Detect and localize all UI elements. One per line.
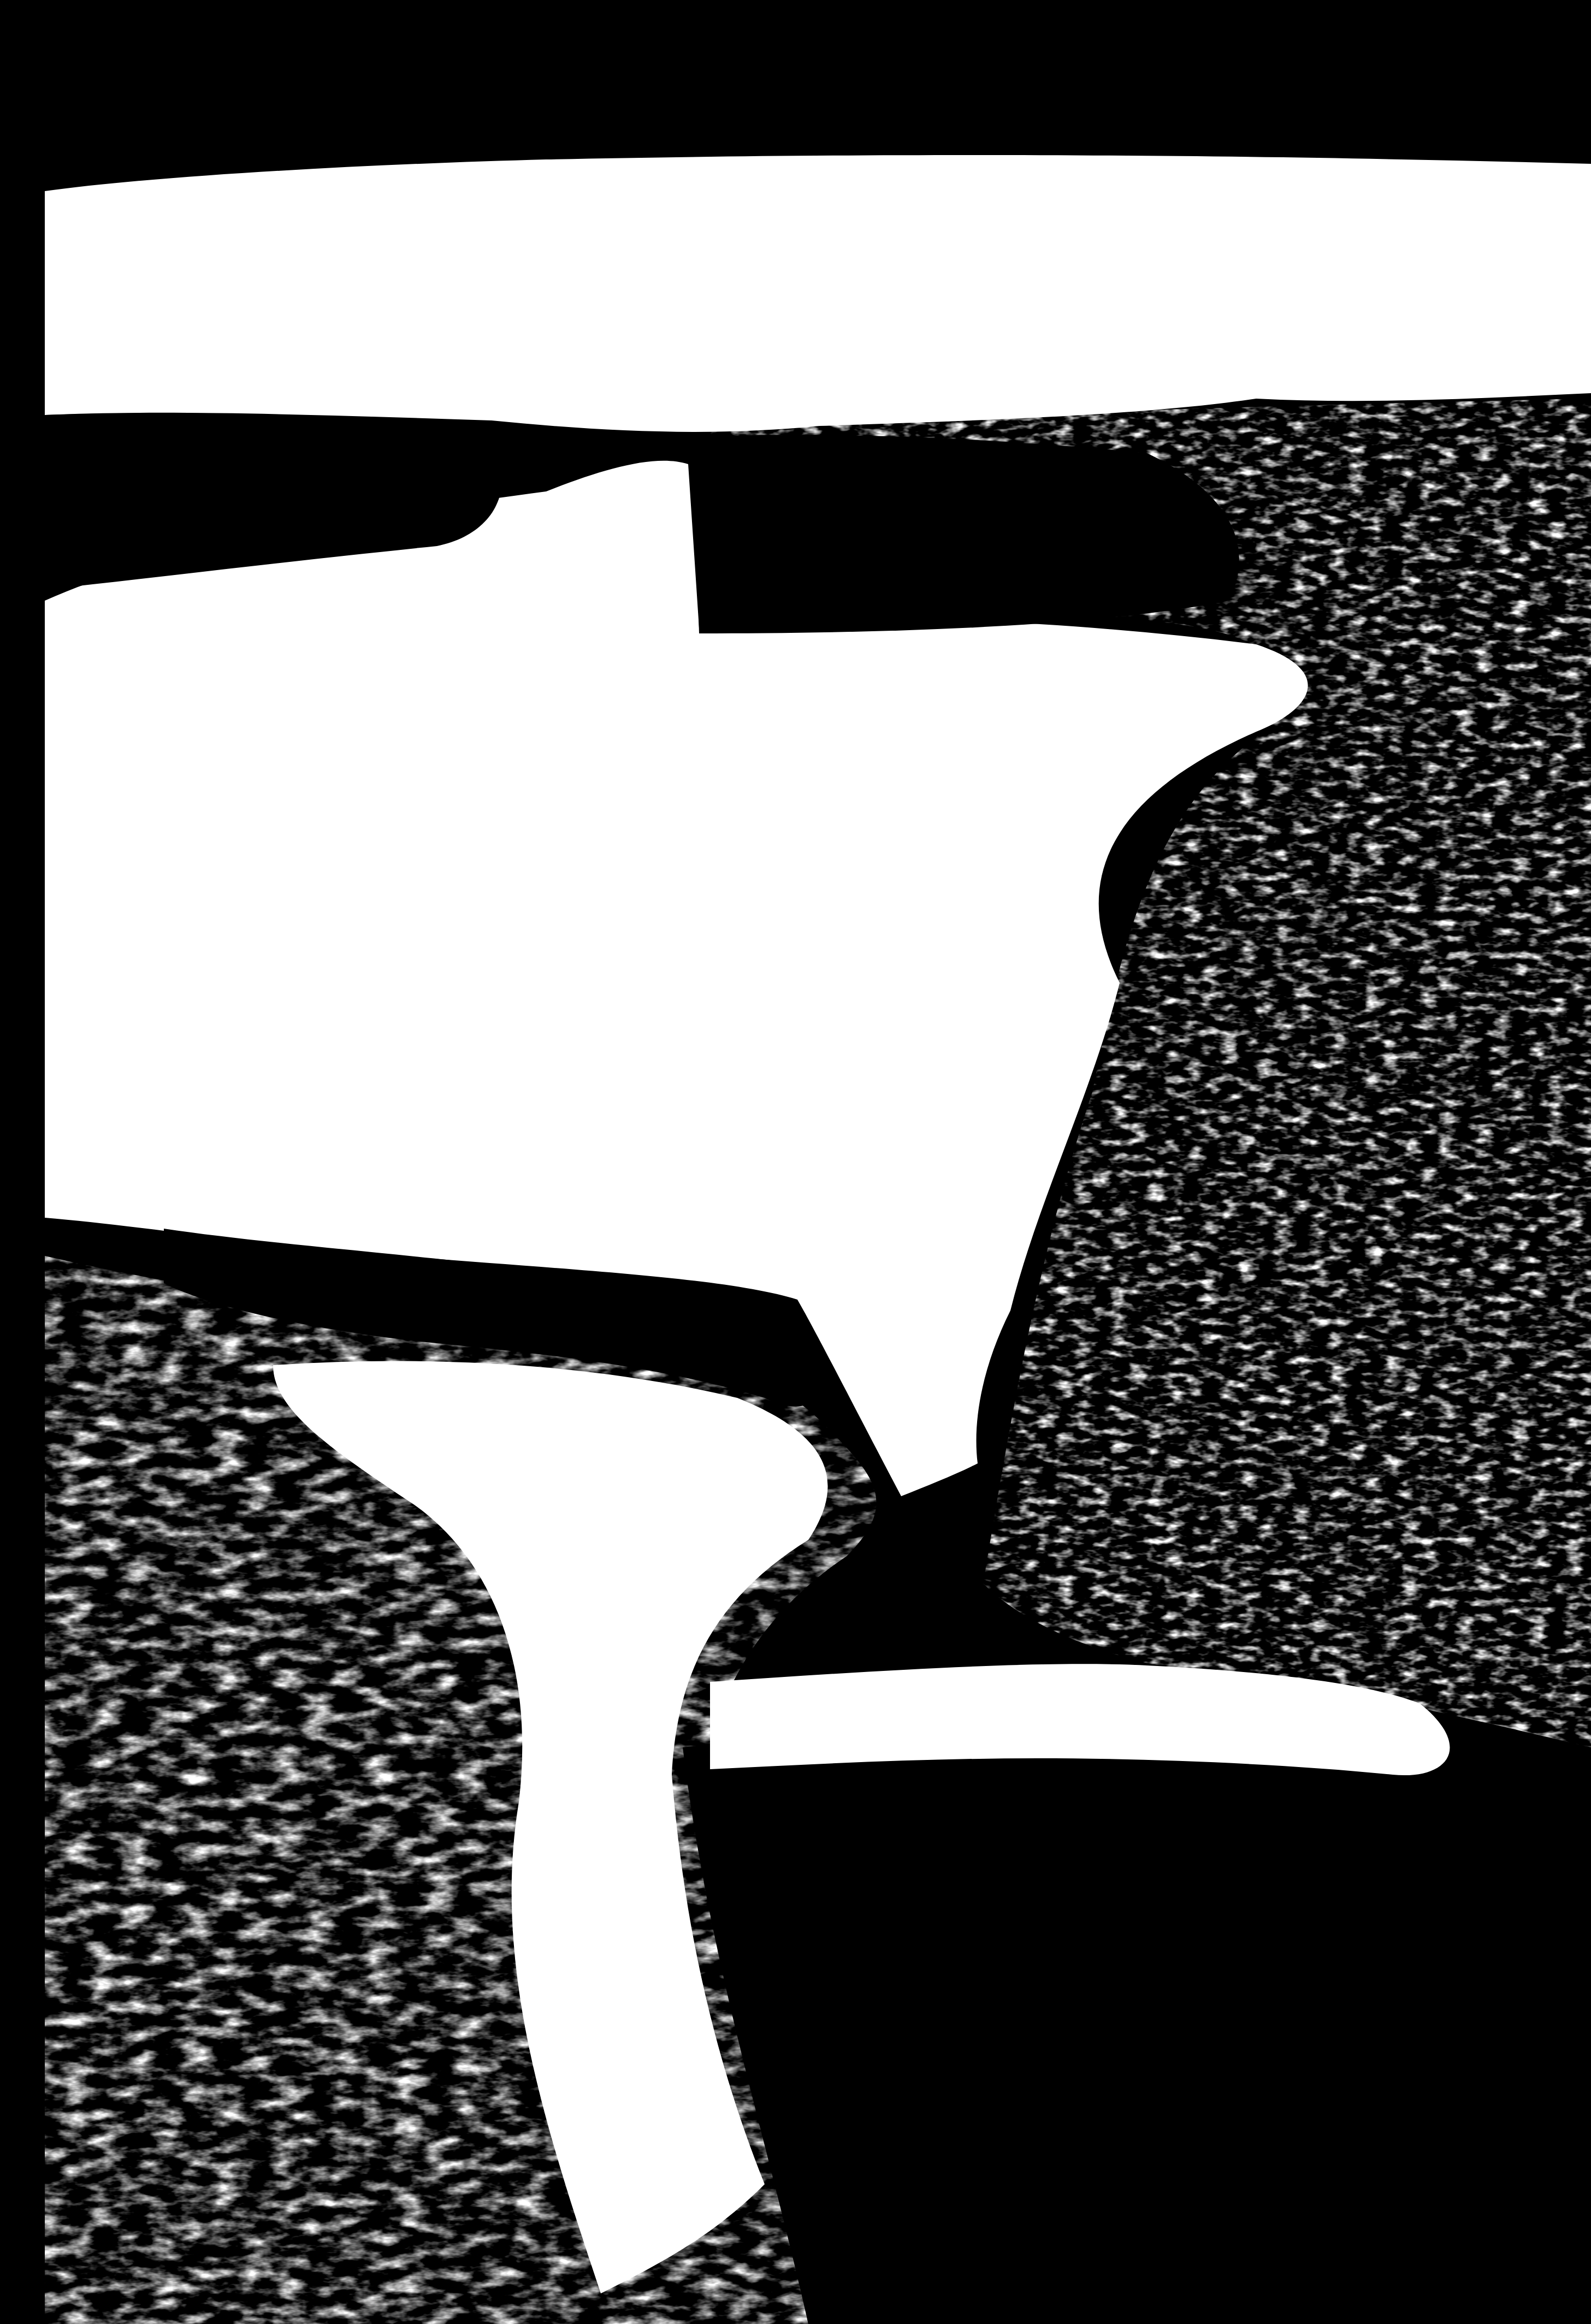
frame-edge-left	[0, 0, 45, 2324]
dark-mass-lower-right	[683, 1734, 1591, 2324]
dark-patch-upper-center	[694, 435, 1239, 633]
bright-cloud-band-top	[45, 155, 1591, 432]
aerial-photo	[0, 0, 1591, 2324]
